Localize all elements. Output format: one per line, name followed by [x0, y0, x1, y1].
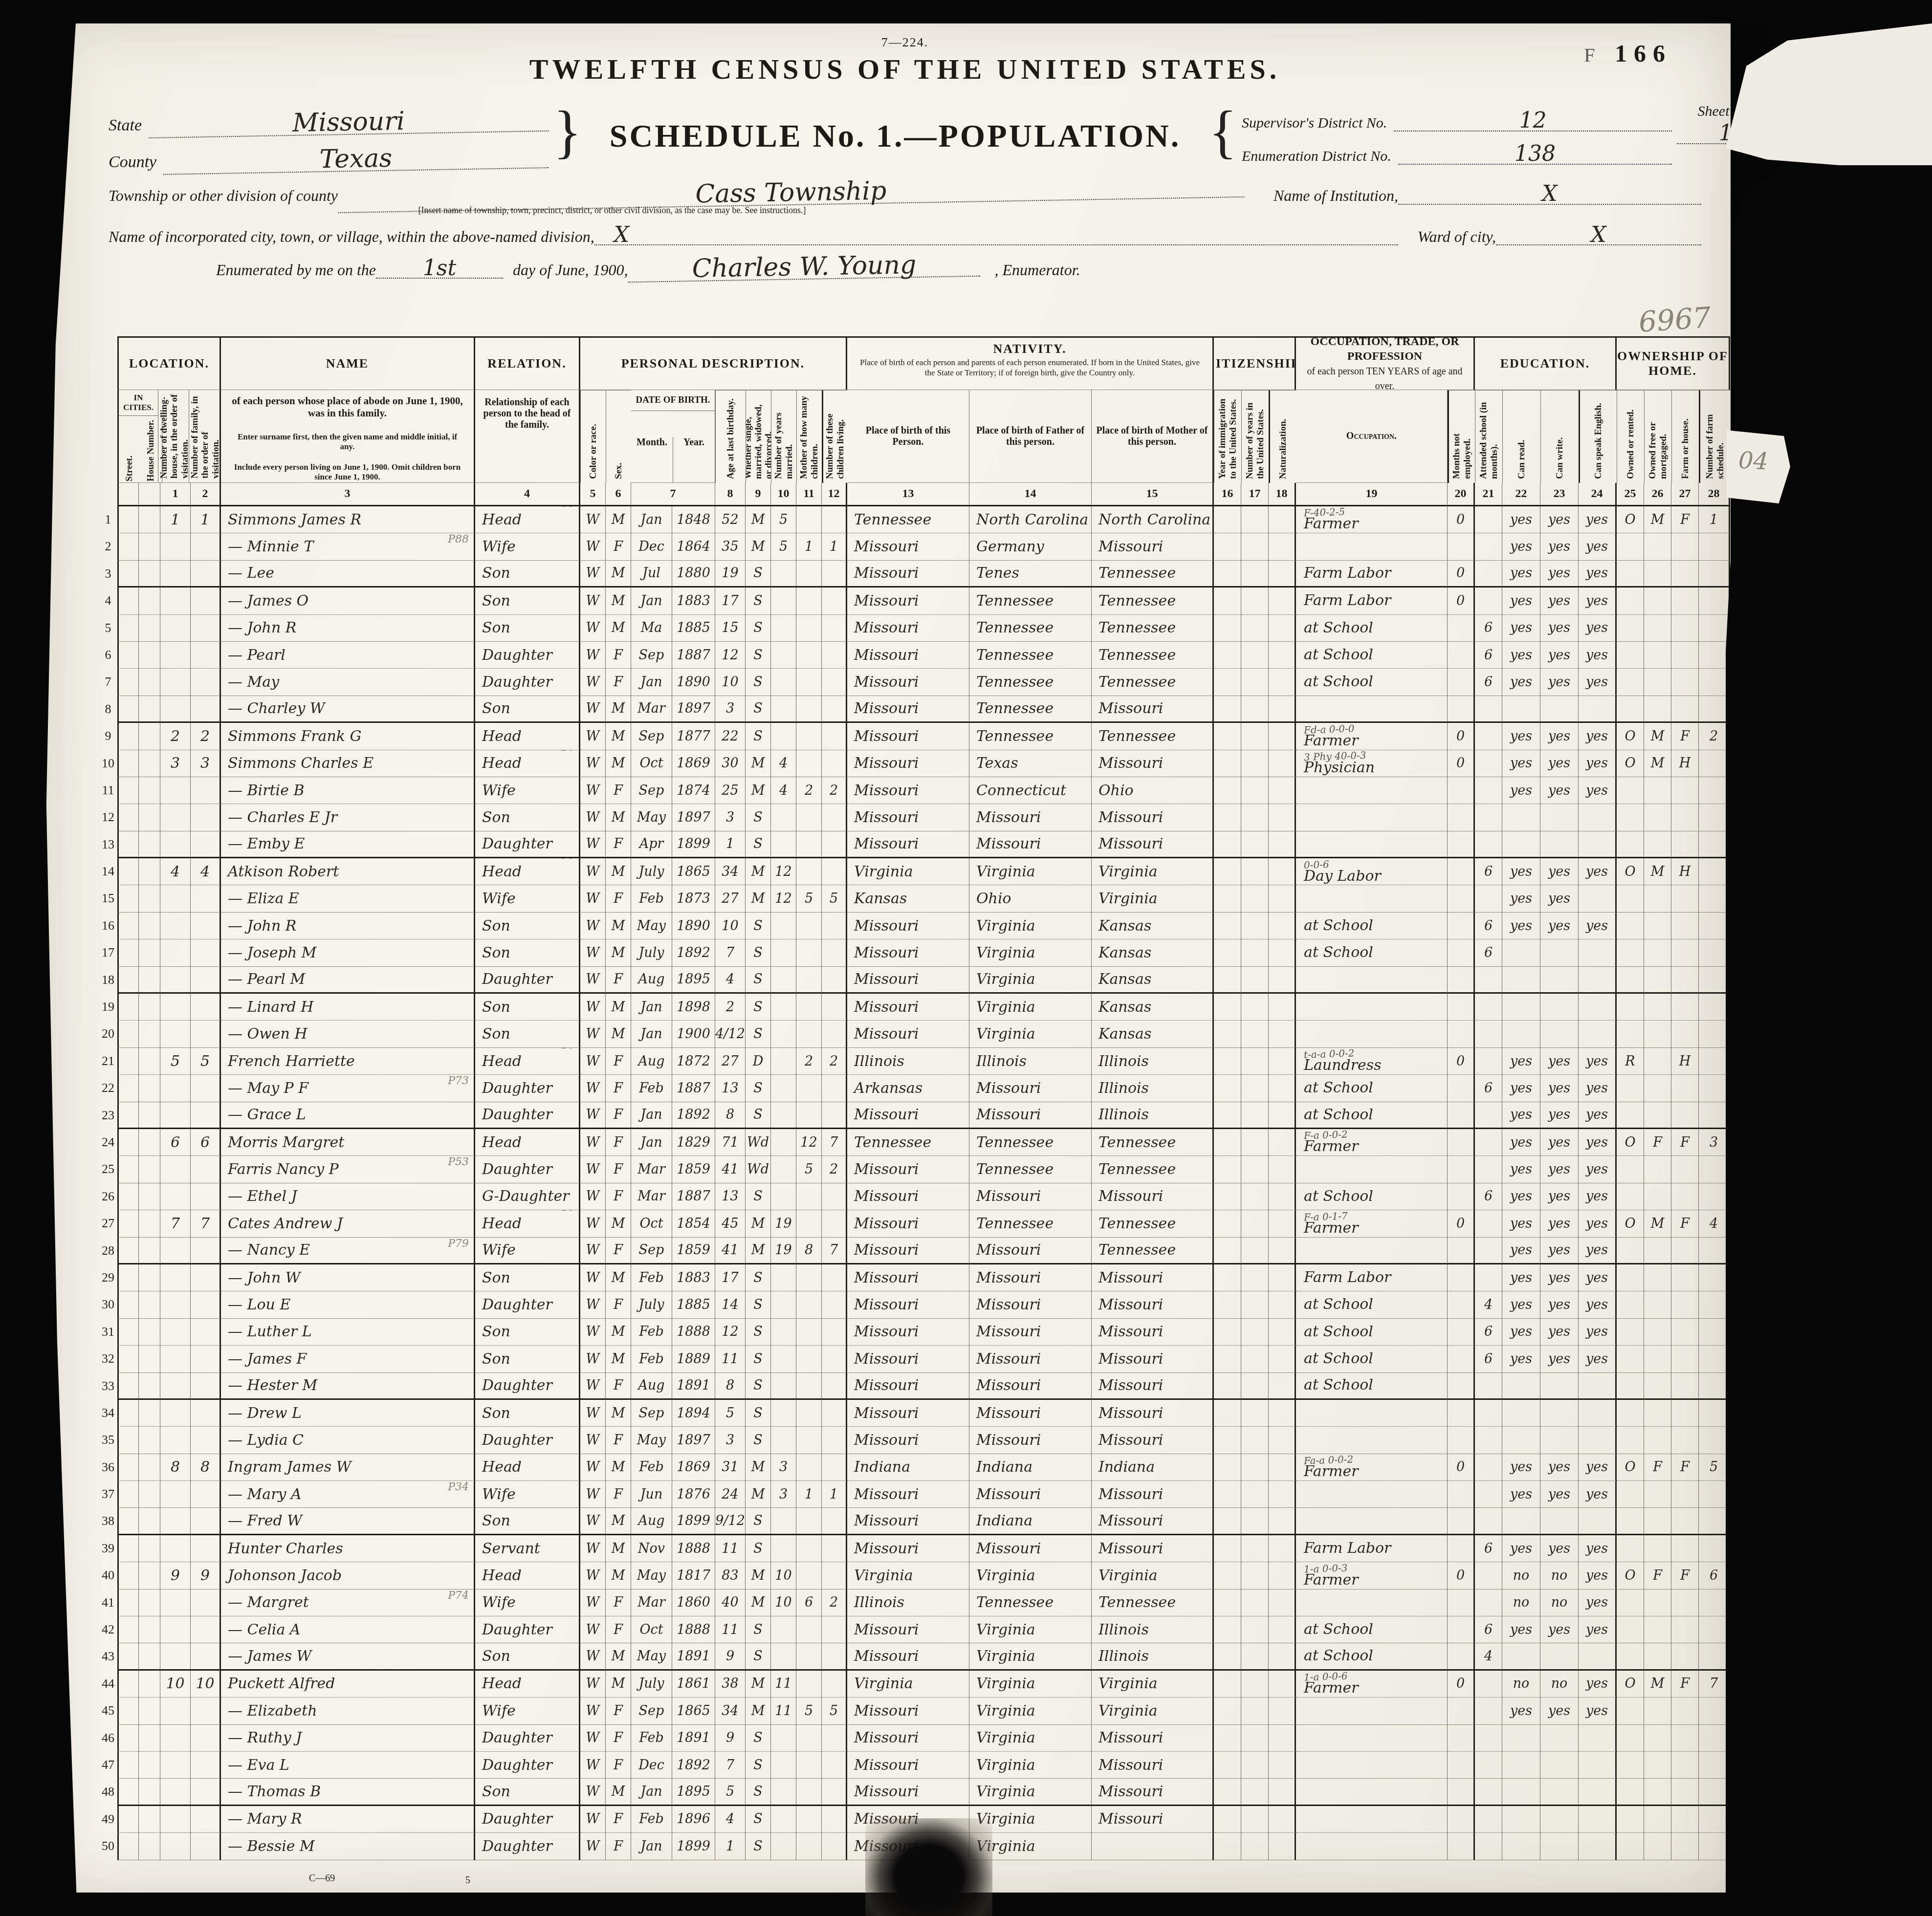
row-29-color: W: [580, 1264, 606, 1291]
row-17-dw: [160, 939, 191, 966]
row-42-name: — Celia A: [221, 1616, 475, 1643]
row-14-mar: M: [746, 858, 771, 885]
row-27-imm: [1214, 1210, 1241, 1237]
row-1-ym: 5: [771, 506, 796, 533]
row-18-sex: F: [606, 967, 631, 994]
row-41-mne: [1448, 1589, 1475, 1616]
row-35-pf: Missouri: [969, 1427, 1092, 1454]
row-23-en: yes: [1579, 1102, 1617, 1129]
row-13-pm: Missouri: [1092, 831, 1214, 858]
row-50-fh: [1671, 1833, 1699, 1860]
subheader-naturalization: Naturalization.: [1269, 390, 1296, 483]
row-11-pf: Connecticut: [969, 777, 1092, 804]
row-39-rd: yes: [1502, 1535, 1540, 1562]
row-27-house: [139, 1210, 160, 1237]
row-16-fam: [191, 913, 221, 939]
row-23-fam: [191, 1102, 221, 1129]
row-26-color: W: [580, 1183, 606, 1210]
row-8-yr: 1897: [672, 696, 715, 723]
row-45-en: yes: [1579, 1698, 1617, 1724]
row-19-rel: Son: [475, 994, 580, 1021]
row-36-ym: 3: [771, 1454, 796, 1481]
row-3-street: [117, 561, 139, 588]
row-38-house: [139, 1508, 160, 1535]
row-18-street: [117, 967, 139, 994]
row-1-street: [117, 506, 139, 533]
row-22-rd: yes: [1502, 1075, 1540, 1102]
row-18-fm: [1644, 967, 1671, 994]
row-11-cl: 2: [822, 777, 847, 804]
row-20-en: [1579, 1021, 1617, 1047]
row-45-yus: [1241, 1698, 1269, 1724]
row-37-fam: [191, 1481, 221, 1508]
row-16-color: W: [580, 913, 606, 939]
row-24-own: O: [1617, 1129, 1644, 1156]
row-30-mc: [796, 1291, 822, 1318]
row-26-pb: Missouri: [847, 1183, 969, 1210]
row-19-pm: Kansas: [1092, 994, 1214, 1021]
row-50-en: [1579, 1833, 1617, 1860]
row-43-rel: Son: [475, 1643, 580, 1670]
row-39-yr: 1888: [672, 1535, 715, 1562]
row-12-mo: May: [631, 804, 672, 831]
row-34-sch: [1475, 1400, 1502, 1427]
row-43-mne: [1448, 1643, 1475, 1670]
row-47-rel: Daughter: [475, 1752, 580, 1779]
row-47-age: 7: [715, 1752, 746, 1779]
row-24-pf: Tennessee: [969, 1129, 1092, 1156]
row-50-name: — Bessie M: [221, 1833, 475, 1860]
row-15-mo: Feb: [631, 885, 672, 912]
row-33-mar: S: [746, 1373, 771, 1400]
row-21-rd: yes: [1502, 1048, 1540, 1075]
row-6-wr: yes: [1540, 642, 1579, 669]
row-1-nat: [1269, 506, 1296, 533]
row-2-mc: 1: [796, 533, 822, 560]
row-42-yr: 1888: [672, 1616, 715, 1643]
row-30-house: [139, 1291, 160, 1318]
row-47-pf: Virginia: [969, 1752, 1092, 1779]
row-23-occ: at School: [1296, 1102, 1448, 1129]
row-14-yr: 1865: [672, 858, 715, 885]
row-20-street: [117, 1021, 139, 1047]
row-7-mo: Jan: [631, 669, 672, 696]
subheader-age: Age at last birthday.: [715, 390, 746, 483]
row-13-color: W: [580, 831, 606, 858]
row-39-sex: M: [606, 1535, 631, 1562]
row-10-house: [139, 750, 160, 777]
row-23-ym: [771, 1102, 796, 1129]
row-9-en: yes: [1579, 723, 1617, 750]
row-37-fm: [1644, 1481, 1671, 1508]
row-28-mo: Sep: [631, 1238, 672, 1264]
row-23-mc: [796, 1102, 822, 1129]
row-11-house: [139, 777, 160, 804]
row-26-mar: S: [746, 1183, 771, 1210]
row-11-mne: [1448, 777, 1475, 804]
row-39-fh: [1671, 1535, 1699, 1562]
row-20-pb: Missouri: [847, 1021, 969, 1047]
row-14-fm: M: [1644, 858, 1671, 885]
row-50-wr: [1540, 1833, 1579, 1860]
row-44-pm: Virginia: [1092, 1671, 1214, 1698]
row-26-pf: Missouri: [969, 1183, 1092, 1210]
row-8-fam: [191, 696, 221, 723]
row-40-mc: [796, 1562, 822, 1589]
line-number-left-18: 18: [99, 967, 117, 994]
row-29-sch: [1475, 1264, 1502, 1291]
row-20-sch: [1475, 1021, 1502, 1047]
row-38-wr: [1540, 1508, 1579, 1535]
row-3-fs: [1699, 561, 1730, 588]
row-5-yr: 1885: [672, 615, 715, 642]
subheader-children-living: Number of these children living.: [822, 390, 847, 483]
group-ownership: OWNERSHIP OF HOME.: [1617, 336, 1730, 390]
row-9-pb: Missouri: [847, 723, 969, 750]
row-32-fam: [191, 1346, 221, 1372]
row-15-nat: [1269, 885, 1296, 912]
row-27-mne: 0: [1448, 1210, 1475, 1237]
row-37-cl: 1: [822, 1481, 847, 1508]
row-6-imm: [1214, 642, 1241, 669]
row-34-fs: [1699, 1400, 1730, 1427]
row-48-street: [117, 1779, 139, 1806]
row-35-occ: [1296, 1427, 1448, 1454]
row-3-rd: yes: [1502, 561, 1540, 588]
row-23-street: [117, 1102, 139, 1129]
row-16-wr: yes: [1540, 913, 1579, 939]
row-25-color: W: [580, 1156, 606, 1183]
row-28-fh: [1671, 1238, 1699, 1264]
row-7-rel: Daughter: [475, 669, 580, 696]
row-44-fh: F: [1671, 1671, 1699, 1698]
row-16-house: [139, 913, 160, 939]
row-46-mc: [796, 1725, 822, 1752]
row-28-age: 41: [715, 1238, 746, 1264]
row-15-yr: 1873: [672, 885, 715, 912]
row-36-mo: Feb: [631, 1454, 672, 1481]
group-name: NAME: [221, 336, 475, 390]
row-13-imm: [1214, 831, 1241, 858]
line-number-left-7: 7: [99, 669, 117, 696]
row-32-rd: yes: [1502, 1346, 1540, 1372]
row-42-sch: 6: [1475, 1616, 1502, 1643]
row-5-name: — John R: [221, 615, 475, 642]
row-32-pm: Missouri: [1092, 1346, 1214, 1372]
row-3-pm: Tennessee: [1092, 561, 1214, 588]
group-location: LOCATION.: [117, 336, 221, 390]
row-7-occ: at School: [1296, 669, 1448, 696]
row-6-fm: [1644, 642, 1671, 669]
row-28-nat: [1269, 1238, 1296, 1264]
row-22-yus: [1241, 1075, 1269, 1102]
row-9-yus: [1241, 723, 1269, 750]
row-28-en: yes: [1579, 1238, 1617, 1264]
row-30-yr: 1885: [672, 1291, 715, 1318]
row-46-fam: [191, 1725, 221, 1752]
line-number-left-21: 21: [99, 1048, 117, 1075]
row-45-sex: F: [606, 1698, 631, 1724]
row-32-fh: [1671, 1346, 1699, 1372]
row-12-fm: [1644, 804, 1671, 831]
row-3-occ: Farm Labor: [1296, 561, 1448, 588]
row-41-yr: 1860: [672, 1589, 715, 1616]
row-5-fh: [1671, 615, 1699, 642]
row-10-imm: [1214, 750, 1241, 777]
row-18-fam: [191, 967, 221, 994]
row-50-yr: 1899: [672, 1833, 715, 1860]
row-1-en: yes: [1579, 506, 1617, 533]
row-32-pb: Missouri: [847, 1346, 969, 1372]
row-4-pb: Missouri: [847, 588, 969, 614]
row-30-sex: F: [606, 1291, 631, 1318]
row-28-yus: [1241, 1238, 1269, 1264]
row-32-ym: [771, 1346, 796, 1372]
row-38-yr: 1899: [672, 1508, 715, 1535]
row-31-sex: M: [606, 1319, 631, 1346]
row-47-fam: [191, 1752, 221, 1779]
row-25-wr: yes: [1540, 1156, 1579, 1183]
row-3-name: — Lee: [221, 561, 475, 588]
row-7-house: [139, 669, 160, 696]
row-31-pf: Missouri: [969, 1319, 1092, 1346]
row-31-ym: [771, 1319, 796, 1346]
row-19-own: [1617, 994, 1644, 1021]
row-36-age: 31: [715, 1454, 746, 1481]
row-37-age: 24: [715, 1481, 746, 1508]
row-34-mar: S: [746, 1400, 771, 1427]
row-39-imm: [1214, 1535, 1241, 1562]
row-40-cl: [822, 1562, 847, 1589]
row-41-mc: 6: [796, 1589, 822, 1616]
row-42-mne: [1448, 1616, 1475, 1643]
row-1-house: [139, 506, 160, 533]
row-5-street: [117, 615, 139, 642]
row-48-fs: [1699, 1779, 1730, 1806]
row-3-imm: [1214, 561, 1241, 588]
row-20-mne: [1448, 1021, 1475, 1047]
row-5-fam: [191, 615, 221, 642]
row-3-age: 19: [715, 561, 746, 588]
row-34-cl: [822, 1400, 847, 1427]
column-number-23: 23: [1540, 483, 1579, 506]
row-13-yr: 1899: [672, 831, 715, 858]
row-35-yr: 1897: [672, 1427, 715, 1454]
row-48-sch: [1475, 1779, 1502, 1806]
row-9-house: [139, 723, 160, 750]
row-40-street: [117, 1562, 139, 1589]
row-17-nat: [1269, 939, 1296, 966]
row-37-mar: M: [746, 1481, 771, 1508]
row-37-fh: [1671, 1481, 1699, 1508]
row-33-fs: [1699, 1373, 1730, 1400]
row-46-nat: [1269, 1725, 1296, 1752]
row-44-own: O: [1617, 1671, 1644, 1698]
row-44-pb: Virginia: [847, 1671, 969, 1698]
row-50-fm: [1644, 1833, 1671, 1860]
row-16-name: — John R: [221, 913, 475, 939]
row-6-mo: Sep: [631, 642, 672, 669]
row-43-street: [117, 1643, 139, 1670]
row-15-mne: [1448, 885, 1475, 912]
row-20-mc: [796, 1021, 822, 1047]
row-45-mar: M: [746, 1698, 771, 1724]
line-number-left-48: 48: [99, 1779, 117, 1806]
row-14-yus: [1241, 858, 1269, 885]
row-36-imm: [1214, 1454, 1241, 1481]
row-47-fs: [1699, 1752, 1730, 1779]
row-9-fs: 2: [1699, 723, 1730, 750]
row-47-wr: [1540, 1752, 1579, 1779]
row-39-ym: [771, 1535, 796, 1562]
row-4-fh: [1671, 588, 1699, 614]
row-40-fm: F: [1644, 1562, 1671, 1589]
row-1-pb: Tennessee: [847, 506, 969, 533]
row-41-name: P74— Margret: [221, 1589, 475, 1616]
row-12-rd: [1502, 804, 1540, 831]
row-23-dw: [160, 1102, 191, 1129]
row-2-dw: [160, 533, 191, 560]
state-label: State: [109, 116, 142, 135]
row-30-fam: [191, 1291, 221, 1318]
row-4-fam: [191, 588, 221, 614]
row-33-pf: Missouri: [969, 1373, 1092, 1400]
row-29-yr: 1883: [672, 1264, 715, 1291]
row-11-own: [1617, 777, 1644, 804]
group-occupation: OCCUPATION, TRADE, OR PROFESSIONof each …: [1296, 336, 1475, 390]
row-20-color: W: [580, 1021, 606, 1047]
row-34-wr: [1540, 1400, 1579, 1427]
row-48-pb: Missouri: [847, 1779, 969, 1806]
row-47-mo: Dec: [631, 1752, 672, 1779]
row-32-sch: 6: [1475, 1346, 1502, 1372]
row-18-color: W: [580, 967, 606, 994]
row-6-fh: [1671, 642, 1699, 669]
row-50-cl: [822, 1833, 847, 1860]
row-47-name: — Eva L: [221, 1752, 475, 1779]
row-13-nat: [1269, 831, 1296, 858]
row-34-name: — Drew L: [221, 1400, 475, 1427]
row-26-own: [1617, 1183, 1644, 1210]
line-number-left-24: 24: [99, 1129, 117, 1156]
row-4-fs: [1699, 588, 1730, 614]
row-38-pb: Missouri: [847, 1508, 969, 1535]
row-6-pm: Tennessee: [1092, 642, 1214, 669]
row-47-house: [139, 1752, 160, 1779]
column-number-15: 15: [1092, 483, 1214, 506]
row-17-pm: Kansas: [1092, 939, 1214, 966]
row-21-name: French Harriette: [221, 1048, 475, 1075]
row-29-nat: [1269, 1264, 1296, 1291]
row-40-rel: Head: [475, 1562, 580, 1589]
row-8-imm: [1214, 696, 1241, 723]
column-number-14: 14: [969, 483, 1092, 506]
row-49-name: — Mary R: [221, 1806, 475, 1833]
row-20-name: — Owen H: [221, 1021, 475, 1047]
row-50-sex: F: [606, 1833, 631, 1860]
line-number-left-23: 23: [99, 1102, 117, 1129]
row-33-fm: [1644, 1373, 1671, 1400]
subheader-date-of-birth: DATE OF BIRTH.Month.Year.: [631, 390, 715, 483]
subheader-owned-rented: Owned or rented.: [1617, 390, 1644, 483]
row-48-sex: M: [606, 1779, 631, 1806]
row-41-fs: [1699, 1589, 1730, 1616]
row-15-pm: Virginia: [1092, 885, 1214, 912]
row-19-mc: [796, 994, 822, 1021]
margin-note: 04: [1738, 446, 1769, 475]
row-36-pf: Indiana: [969, 1454, 1092, 1481]
row-37-fs: [1699, 1481, 1730, 1508]
row-34-color: W: [580, 1400, 606, 1427]
row-8-mc: [796, 696, 822, 723]
enum-line-3: , Enumerator.: [995, 261, 1080, 279]
row-8-street: [117, 696, 139, 723]
row-13-sex: F: [606, 831, 631, 858]
row-2-mo: Dec: [631, 533, 672, 560]
row-9-fm: M: [1644, 723, 1671, 750]
row-34-street: [117, 1400, 139, 1427]
row-33-rel: Daughter: [475, 1373, 580, 1400]
row-30-pb: Missouri: [847, 1291, 969, 1318]
row-17-sch: 6: [1475, 939, 1502, 966]
row-43-rd: [1502, 1643, 1540, 1670]
row-13-age: 1: [715, 831, 746, 858]
row-3-mo: Jul: [631, 561, 672, 588]
row-17-rd: [1502, 939, 1540, 966]
row-49-mc: [796, 1806, 822, 1833]
row-7-street: [117, 669, 139, 696]
row-25-age: 41: [715, 1156, 746, 1183]
row-25-yr: 1859: [672, 1156, 715, 1183]
row-45-pm: Virginia: [1092, 1698, 1214, 1724]
row-12-color: W: [580, 804, 606, 831]
row-25-sch: [1475, 1156, 1502, 1183]
row-38-yus: [1241, 1508, 1269, 1535]
row-25-pf: Tennessee: [969, 1156, 1092, 1183]
column-number-28: 28: [1699, 483, 1730, 506]
row-16-yr: 1890: [672, 913, 715, 939]
row-41-own: [1617, 1589, 1644, 1616]
ward-label: Ward of city,: [1418, 228, 1496, 246]
row-46-imm: [1214, 1725, 1241, 1752]
row-37-mne: [1448, 1481, 1475, 1508]
row-24-occ: F-a 0-0-2Farmer: [1296, 1129, 1448, 1156]
row-20-fh: [1671, 1021, 1699, 1047]
row-14-own: O: [1617, 858, 1644, 885]
row-45-mc: 5: [796, 1698, 822, 1724]
row-24-mo: Jan: [631, 1129, 672, 1156]
brace2: {: [1208, 98, 1237, 166]
row-44-rel: Head: [475, 1671, 580, 1698]
column-number-17: 17: [1241, 483, 1269, 506]
row-48-cl: [822, 1779, 847, 1806]
row-15-en: [1579, 885, 1617, 912]
row-16-pm: Kansas: [1092, 913, 1214, 939]
row-46-street: [117, 1725, 139, 1752]
row-43-mo: May: [631, 1643, 672, 1670]
row-42-occ: at School: [1296, 1616, 1448, 1643]
row-18-dw: [160, 967, 191, 994]
row-38-pm: Missouri: [1092, 1508, 1214, 1535]
row-8-wr: [1540, 696, 1579, 723]
subheader-occupation: Occupation.: [1296, 390, 1448, 483]
row-7-fm: [1644, 669, 1671, 696]
row-3-sex: M: [606, 561, 631, 588]
row-35-fh: [1671, 1427, 1699, 1454]
row-49-sex: F: [606, 1806, 631, 1833]
subheader-years-in-us: Number of years in the United States.: [1241, 390, 1269, 483]
row-42-pb: Missouri: [847, 1616, 969, 1643]
